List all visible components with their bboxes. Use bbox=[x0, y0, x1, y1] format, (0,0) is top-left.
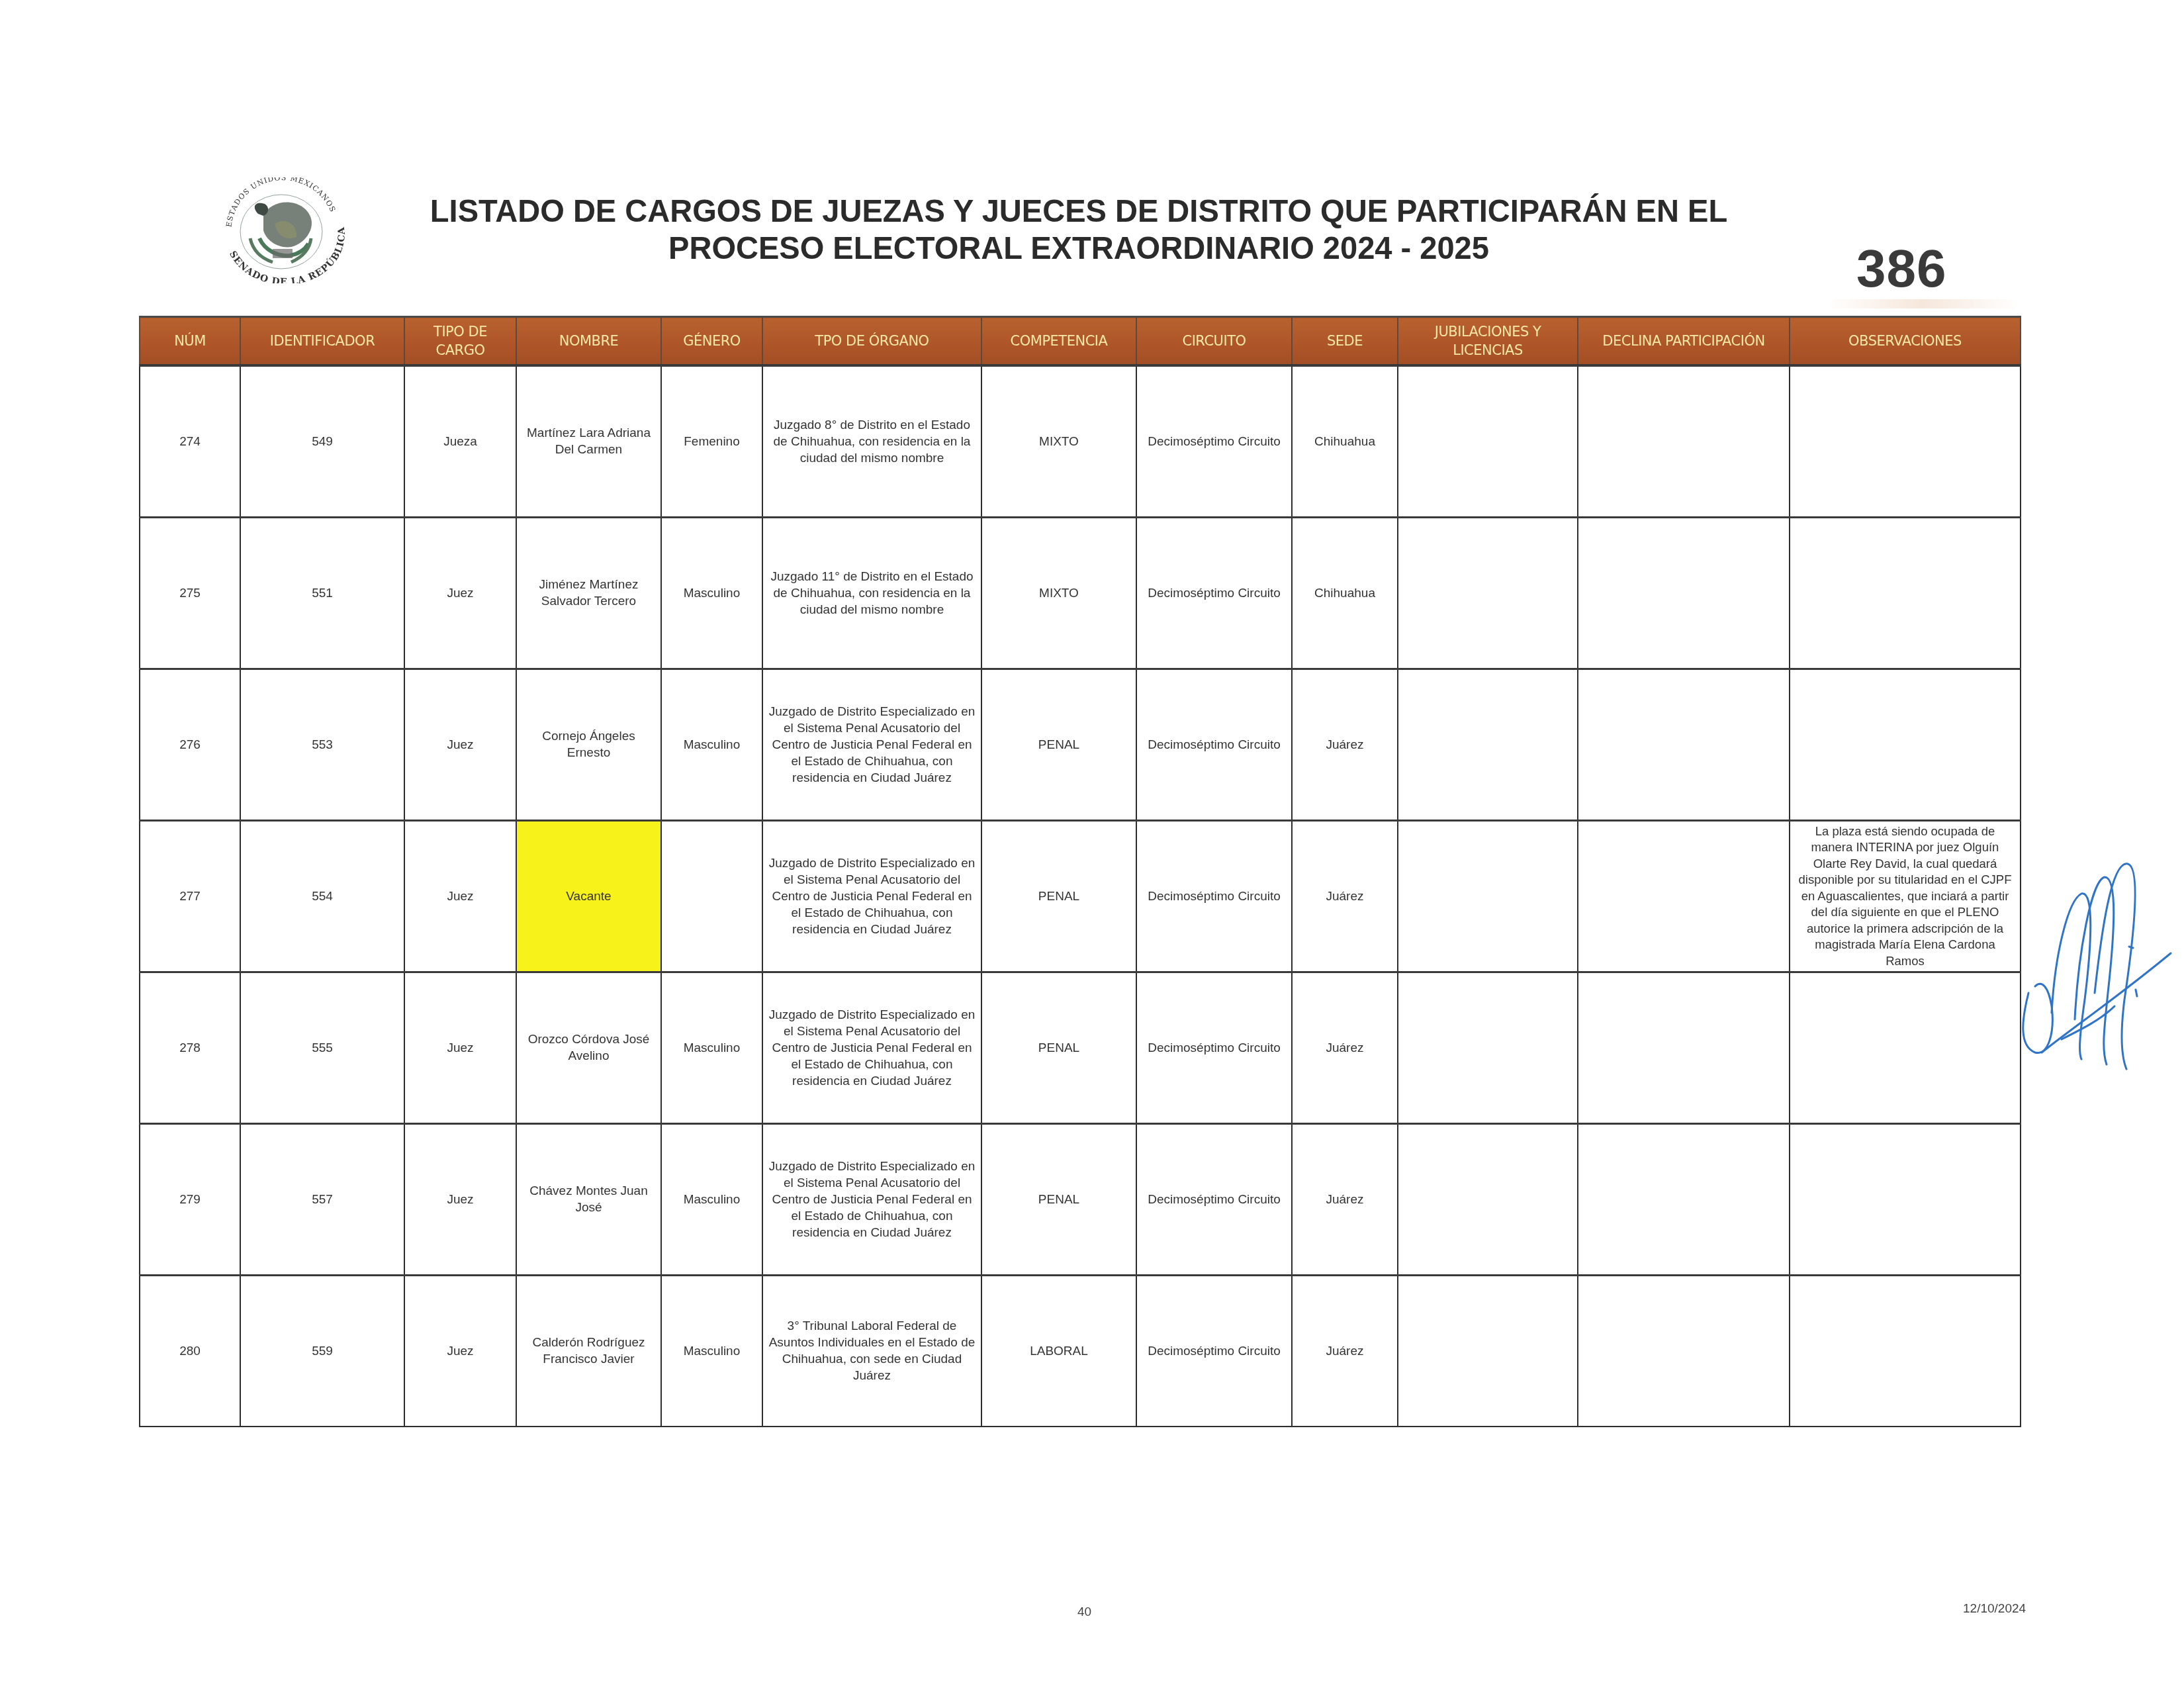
cell-num: 275 bbox=[140, 518, 240, 669]
cell-tipo-cargo: Juez bbox=[404, 518, 516, 669]
cell-circuito: Decimoséptimo Circuito bbox=[1136, 821, 1292, 972]
handwritten-signature-icon bbox=[2015, 854, 2174, 1072]
col-header-genero: GÉNERO bbox=[661, 317, 762, 366]
cell-declina bbox=[1578, 518, 1790, 669]
col-header-num: NÚM bbox=[140, 317, 240, 366]
col-header-tipo-cargo: TIPO DE CARGO bbox=[404, 317, 516, 366]
stamp-shadow bbox=[1827, 299, 2019, 308]
cell-declina bbox=[1578, 365, 1790, 518]
cell-jubilaciones bbox=[1398, 669, 1578, 821]
cell-nombre: Vacante bbox=[516, 821, 661, 972]
cell-competencia: LABORAL bbox=[981, 1276, 1136, 1427]
table-row: 277 554 Juez Vacante Juzgado de Distrito… bbox=[140, 821, 2021, 972]
cell-num: 277 bbox=[140, 821, 240, 972]
cell-tipo-cargo: Juez bbox=[404, 1276, 516, 1427]
col-header-nombre: NOMBRE bbox=[516, 317, 661, 366]
cell-sede: Chihuahua bbox=[1292, 365, 1398, 518]
page-stamp-number: 386 bbox=[1856, 238, 1946, 299]
cell-declina bbox=[1578, 1276, 1790, 1427]
cell-observaciones bbox=[1790, 972, 2021, 1124]
document-title: LISTADO DE CARGOS DE JUEZAS Y JUECES DE … bbox=[398, 193, 1760, 267]
cell-nombre: Jiménez Martínez Salvador Tercero bbox=[516, 518, 661, 669]
cell-declina bbox=[1578, 972, 1790, 1124]
col-header-circuito: CIRCUITO bbox=[1136, 317, 1292, 366]
col-header-observaciones: OBSERVACIONES bbox=[1790, 317, 2021, 366]
col-header-organo: TPO DE ÓRGANO bbox=[762, 317, 981, 366]
cell-organo: Juzgado de Distrito Especializado en el … bbox=[762, 1124, 981, 1276]
cell-declina bbox=[1578, 669, 1790, 821]
cell-nombre: Martínez Lara Adriana Del Carmen bbox=[516, 365, 661, 518]
cell-tipo-cargo: Juez bbox=[404, 972, 516, 1124]
cell-circuito: Decimoséptimo Circuito bbox=[1136, 1276, 1292, 1427]
cell-circuito: Decimoséptimo Circuito bbox=[1136, 365, 1292, 518]
cell-competencia: PENAL bbox=[981, 972, 1136, 1124]
cell-competencia: MIXTO bbox=[981, 518, 1136, 669]
cell-sede: Chihuahua bbox=[1292, 518, 1398, 669]
cell-competencia: PENAL bbox=[981, 821, 1136, 972]
cell-tipo-cargo: Juez bbox=[404, 821, 516, 972]
cell-genero: Masculino bbox=[661, 972, 762, 1124]
col-header-identificador: IDENTIFICADOR bbox=[240, 317, 404, 366]
table-row: 280 559 Juez Calderón Rodríguez Francisc… bbox=[140, 1276, 2021, 1427]
cell-organo: Juzgado de Distrito Especializado en el … bbox=[762, 669, 981, 821]
cell-declina bbox=[1578, 821, 1790, 972]
cargos-table: NÚM IDENTIFICADOR TIPO DE CARGO NOMBRE G… bbox=[139, 316, 2021, 1427]
cell-organo: Juzgado 8° de Distrito en el Estado de C… bbox=[762, 365, 981, 518]
col-header-competencia: COMPETENCIA bbox=[981, 317, 1136, 366]
cell-observaciones bbox=[1790, 1124, 2021, 1276]
cell-genero: Femenino bbox=[661, 365, 762, 518]
cell-identificador: 559 bbox=[240, 1276, 404, 1427]
col-header-sede: SEDE bbox=[1292, 317, 1398, 366]
cell-genero bbox=[661, 821, 762, 972]
cell-sede: Juárez bbox=[1292, 821, 1398, 972]
cell-genero: Masculino bbox=[661, 1276, 762, 1427]
cell-jubilaciones bbox=[1398, 821, 1578, 972]
cell-num: 280 bbox=[140, 1276, 240, 1427]
cell-sede: Juárez bbox=[1292, 1124, 1398, 1276]
cell-sede: Juárez bbox=[1292, 1276, 1398, 1427]
cell-num: 274 bbox=[140, 365, 240, 518]
cell-genero: Masculino bbox=[661, 518, 762, 669]
footer-page-number: 40 bbox=[1077, 1605, 1091, 1620]
cell-jubilaciones bbox=[1398, 1276, 1578, 1427]
cell-observaciones bbox=[1790, 1276, 2021, 1427]
cell-circuito: Decimoséptimo Circuito bbox=[1136, 972, 1292, 1124]
cell-sede: Juárez bbox=[1292, 669, 1398, 821]
cell-competencia: PENAL bbox=[981, 669, 1136, 821]
cell-observaciones bbox=[1790, 365, 2021, 518]
cell-nombre: Orozco Córdova José Avelino bbox=[516, 972, 661, 1124]
cell-tipo-cargo: Juez bbox=[404, 669, 516, 821]
col-header-jubilaciones: JUBILACIONES Y LICENCIAS bbox=[1398, 317, 1578, 366]
table-body: 274 549 Jueza Martínez Lara Adriana Del … bbox=[140, 365, 2021, 1427]
cell-jubilaciones bbox=[1398, 972, 1578, 1124]
table-row: 278 555 Juez Orozco Córdova José Avelino… bbox=[140, 972, 2021, 1124]
cell-identificador: 551 bbox=[240, 518, 404, 669]
cell-num: 279 bbox=[140, 1124, 240, 1276]
table-row: 274 549 Jueza Martínez Lara Adriana Del … bbox=[140, 365, 2021, 518]
table-header-row: NÚM IDENTIFICADOR TIPO DE CARGO NOMBRE G… bbox=[140, 317, 2021, 366]
col-header-declina: DECLINA PARTICIPACIÓN bbox=[1578, 317, 1790, 366]
cell-identificador: 549 bbox=[240, 365, 404, 518]
senado-coat-of-arms-icon: ESTADOS UNIDOS MEXICANOS SENADO DE LA RE… bbox=[212, 177, 354, 283]
cell-competencia: MIXTO bbox=[981, 365, 1136, 518]
cell-jubilaciones bbox=[1398, 365, 1578, 518]
cell-identificador: 555 bbox=[240, 972, 404, 1124]
cell-organo: Juzgado de Distrito Especializado en el … bbox=[762, 821, 981, 972]
cell-observaciones: La plaza está siendo ocupada de manera I… bbox=[1790, 821, 2021, 972]
cell-sede: Juárez bbox=[1292, 972, 1398, 1124]
cell-genero: Masculino bbox=[661, 1124, 762, 1276]
table-row: 276 553 Juez Cornejo Ángeles Ernesto Mas… bbox=[140, 669, 2021, 821]
cell-organo: 3° Tribunal Laboral Federal de Asuntos I… bbox=[762, 1276, 981, 1427]
footer-date: 12/10/2024 bbox=[1963, 1602, 2026, 1617]
cell-identificador: 554 bbox=[240, 821, 404, 972]
title-line-2: PROCESO ELECTORAL EXTRAORDINARIO 2024 - … bbox=[398, 230, 1760, 267]
cell-circuito: Decimoséptimo Circuito bbox=[1136, 1124, 1292, 1276]
cell-circuito: Decimoséptimo Circuito bbox=[1136, 669, 1292, 821]
cell-nombre: Cornejo Ángeles Ernesto bbox=[516, 669, 661, 821]
cell-competencia: PENAL bbox=[981, 1124, 1136, 1276]
cell-organo: Juzgado de Distrito Especializado en el … bbox=[762, 972, 981, 1124]
cell-observaciones bbox=[1790, 669, 2021, 821]
cell-nombre: Calderón Rodríguez Francisco Javier bbox=[516, 1276, 661, 1427]
cell-num: 276 bbox=[140, 669, 240, 821]
table-row: 275 551 Juez Jiménez Martínez Salvador T… bbox=[140, 518, 2021, 669]
cell-jubilaciones bbox=[1398, 518, 1578, 669]
cell-genero: Masculino bbox=[661, 669, 762, 821]
cell-observaciones bbox=[1790, 518, 2021, 669]
cell-tipo-cargo: Juez bbox=[404, 1124, 516, 1276]
cell-nombre: Chávez Montes Juan José bbox=[516, 1124, 661, 1276]
cell-num: 278 bbox=[140, 972, 240, 1124]
cell-jubilaciones bbox=[1398, 1124, 1578, 1276]
title-line-1: LISTADO DE CARGOS DE JUEZAS Y JUECES DE … bbox=[398, 193, 1760, 230]
table-row: 279 557 Juez Chávez Montes Juan José Mas… bbox=[140, 1124, 2021, 1276]
cell-organo: Juzgado 11° de Distrito en el Estado de … bbox=[762, 518, 981, 669]
cell-tipo-cargo: Jueza bbox=[404, 365, 516, 518]
cell-identificador: 557 bbox=[240, 1124, 404, 1276]
cell-circuito: Decimoséptimo Circuito bbox=[1136, 518, 1292, 669]
cell-identificador: 553 bbox=[240, 669, 404, 821]
cell-declina bbox=[1578, 1124, 1790, 1276]
